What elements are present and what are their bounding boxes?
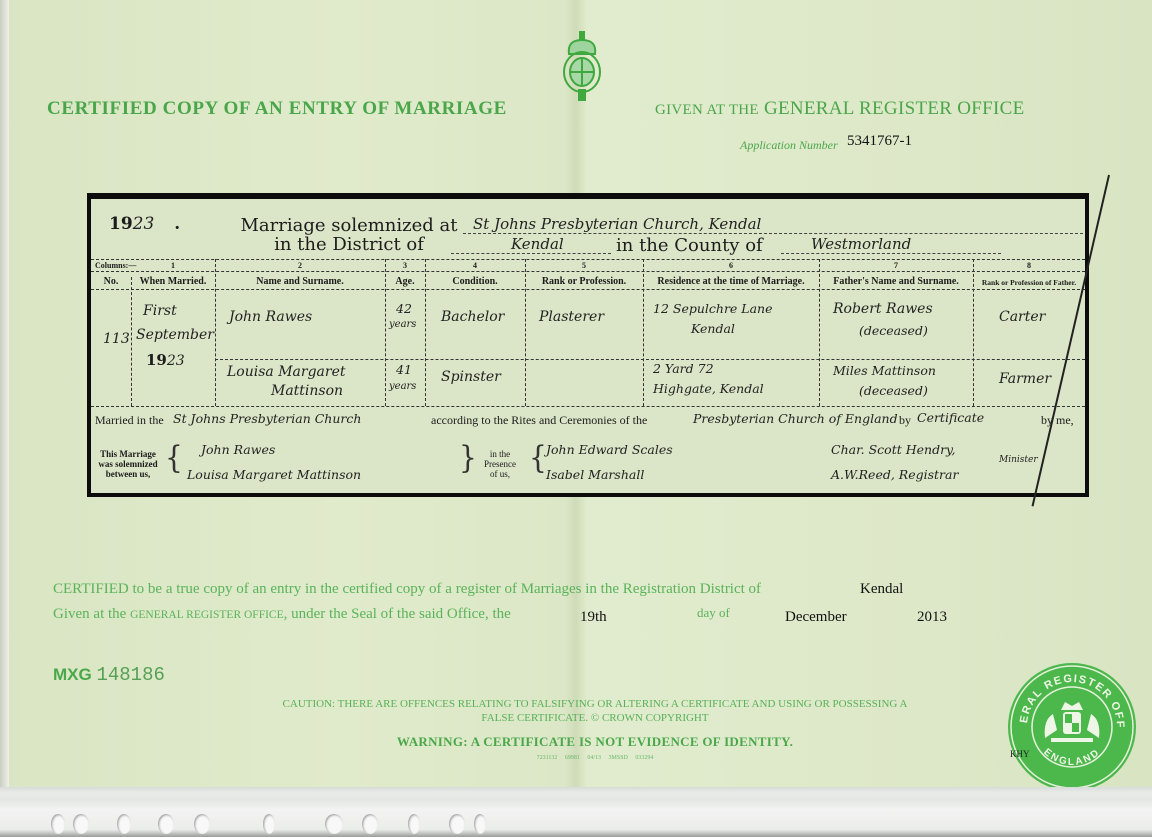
divider xyxy=(131,277,132,406)
register-year-handwritten: 23 xyxy=(133,214,155,234)
county-underline xyxy=(781,253,1001,254)
serial-number: MXG 148186 xyxy=(53,664,165,686)
column-headers: Columns:— No. 1 When Married. 2 Name and… xyxy=(91,259,1085,260)
rites-value: Presbyterian Church of England xyxy=(693,411,898,426)
issuing-office-title: Given at the GENERAL REGISTER OFFICE xyxy=(655,98,1025,120)
column-header-profession: Rank or Profession. xyxy=(525,276,643,287)
bride-condition: Spinster xyxy=(441,369,501,385)
brace: { xyxy=(529,443,547,474)
divider xyxy=(91,289,1085,290)
certificate-title: CERTIFIED COPY OF AN ENTRY OF MARRIAGE xyxy=(47,98,507,120)
groom-age: 42 xyxy=(396,301,412,316)
plastic-sleeve-strip xyxy=(0,787,1152,837)
groom-condition: Bachelor xyxy=(441,309,504,325)
when-married-day: First xyxy=(143,303,177,319)
punch-hole xyxy=(51,814,65,834)
by-value: Certificate xyxy=(917,410,984,425)
divider xyxy=(819,259,820,406)
register-entry-table: 1923 . Marriage solemnized at in the Dis… xyxy=(87,193,1089,497)
register-header: 1923 . Marriage solemnized at in the Dis… xyxy=(91,199,1085,259)
royal-crest-icon xyxy=(561,30,603,102)
application-number-label: Application Number xyxy=(740,138,838,153)
punch-hole xyxy=(194,814,210,834)
office-name: GENERAL REGISTER OFFICE xyxy=(764,98,1025,119)
groom-residence-line2: Kendal xyxy=(691,321,735,336)
general-register-office-seal-icon: GENERAL REGISTER OFFICE ENGLAND xyxy=(1005,660,1139,794)
married-in-value: St Johns Presbyterian Church xyxy=(173,411,361,426)
groom-residence-line1: 12 Sepulchre Lane xyxy=(653,301,773,316)
bride-residence-line1: 2 Yard 72 xyxy=(653,361,714,376)
when-married-year: 1923 xyxy=(146,351,185,370)
rites-label: according to the Rites and Ceremonies of… xyxy=(431,413,647,428)
column-header-father-name: Father's Name and Surname. xyxy=(819,276,973,287)
column-header-age: Age. xyxy=(385,276,425,287)
groom-profession: Plasterer xyxy=(539,309,604,325)
when-married-month: September xyxy=(136,327,214,343)
print-codes: 7231132 69981 04/13 3MSSD 033294 xyxy=(240,755,950,761)
officiant-title: Minister xyxy=(999,455,1038,465)
certification-line2: Given at the General Register Office, un… xyxy=(53,606,511,623)
bride-father-name: Miles Mattinson xyxy=(833,363,936,378)
column-header-when-married: When Married. xyxy=(131,276,215,287)
punch-hole xyxy=(474,814,486,834)
county-value: Westmorland xyxy=(811,235,911,253)
divider xyxy=(425,259,426,406)
party-bride: Louisa Margaret Mattinson xyxy=(187,467,361,482)
district-underline xyxy=(451,253,611,254)
solemnized-label: Marriage solemnized at in the District o… xyxy=(219,216,479,254)
witness-1: John Edward Scales xyxy=(546,442,673,457)
sleeve-left-edge xyxy=(0,0,9,787)
certification-district: Kendal xyxy=(860,581,903,598)
column-header-name: Name and Surname. xyxy=(215,276,385,287)
identity-warning: WARNING: A CERTIFICATE IS NOT EVIDENCE O… xyxy=(240,734,950,750)
application-number: 5341767-1 xyxy=(847,133,912,150)
column-header-condition: Condition. xyxy=(425,276,525,287)
caution-notice: CAUTION: THERE ARE OFFENCES RELATING TO … xyxy=(240,697,950,725)
groom-father-name: Robert Rawes xyxy=(833,301,933,317)
punch-hole xyxy=(73,814,89,834)
punch-hole xyxy=(158,814,174,834)
column-header-residence: Residence at the time of Marriage. xyxy=(643,276,819,287)
groom-name: John Rawes xyxy=(229,309,312,325)
brace: { xyxy=(165,443,183,474)
certification-year: 2013 xyxy=(917,609,947,626)
divider xyxy=(973,259,974,406)
divider xyxy=(215,359,1085,360)
divider xyxy=(91,271,1085,272)
column-header-no: No. xyxy=(91,276,131,287)
bride-name-line1: Louisa Margaret xyxy=(227,364,346,380)
presence-label: in the Presence of us, xyxy=(475,449,525,479)
divider xyxy=(525,259,526,406)
punch-hole xyxy=(325,814,343,834)
district-value: Kendal xyxy=(511,235,564,253)
bride-residence-line2: Highgate, Kendal xyxy=(653,381,764,396)
party-groom: John Rawes xyxy=(201,442,275,457)
punch-hole xyxy=(117,814,131,834)
groom-father-profession: Carter xyxy=(999,309,1045,325)
punch-hole xyxy=(263,814,275,834)
given-at-label: Given at the xyxy=(655,102,759,118)
punch-hole xyxy=(449,814,465,834)
officiant-2: A.W.Reed, Registrar xyxy=(831,467,958,482)
bride-father-profession: Farmer xyxy=(999,371,1051,387)
certification-line1: CERTIFIED to be a true copy of an entry … xyxy=(53,581,761,598)
solemnized-between-label: This Marriage was solemnized between us, xyxy=(93,449,163,479)
certification-day: 19th xyxy=(580,609,607,626)
divider xyxy=(215,259,216,406)
officiant-1: Char. Scott Hendry, xyxy=(831,442,955,457)
bride-name-line2: Mattinson xyxy=(271,383,343,399)
punch-hole xyxy=(362,814,378,834)
certification-month: December xyxy=(785,609,847,626)
entry-number: 113 xyxy=(103,331,130,347)
divider xyxy=(385,259,386,406)
marriage-venue: St Johns Presbyterian Church, Kendal xyxy=(473,215,761,233)
bride-age: 41 xyxy=(396,362,412,377)
divider xyxy=(643,259,644,406)
married-in-label: Married in the xyxy=(95,413,164,428)
column-header-father-profession: Rank or Profession of Father. xyxy=(973,278,1085,287)
venue-underline xyxy=(463,233,1083,234)
register-year: 1923 . xyxy=(109,214,180,234)
county-label: in the County of xyxy=(616,235,763,256)
issuer-initials: KHY xyxy=(1010,749,1030,759)
divider xyxy=(91,406,1085,407)
witness-2: Isabel Marshall xyxy=(546,467,644,482)
punch-hole xyxy=(408,814,420,834)
